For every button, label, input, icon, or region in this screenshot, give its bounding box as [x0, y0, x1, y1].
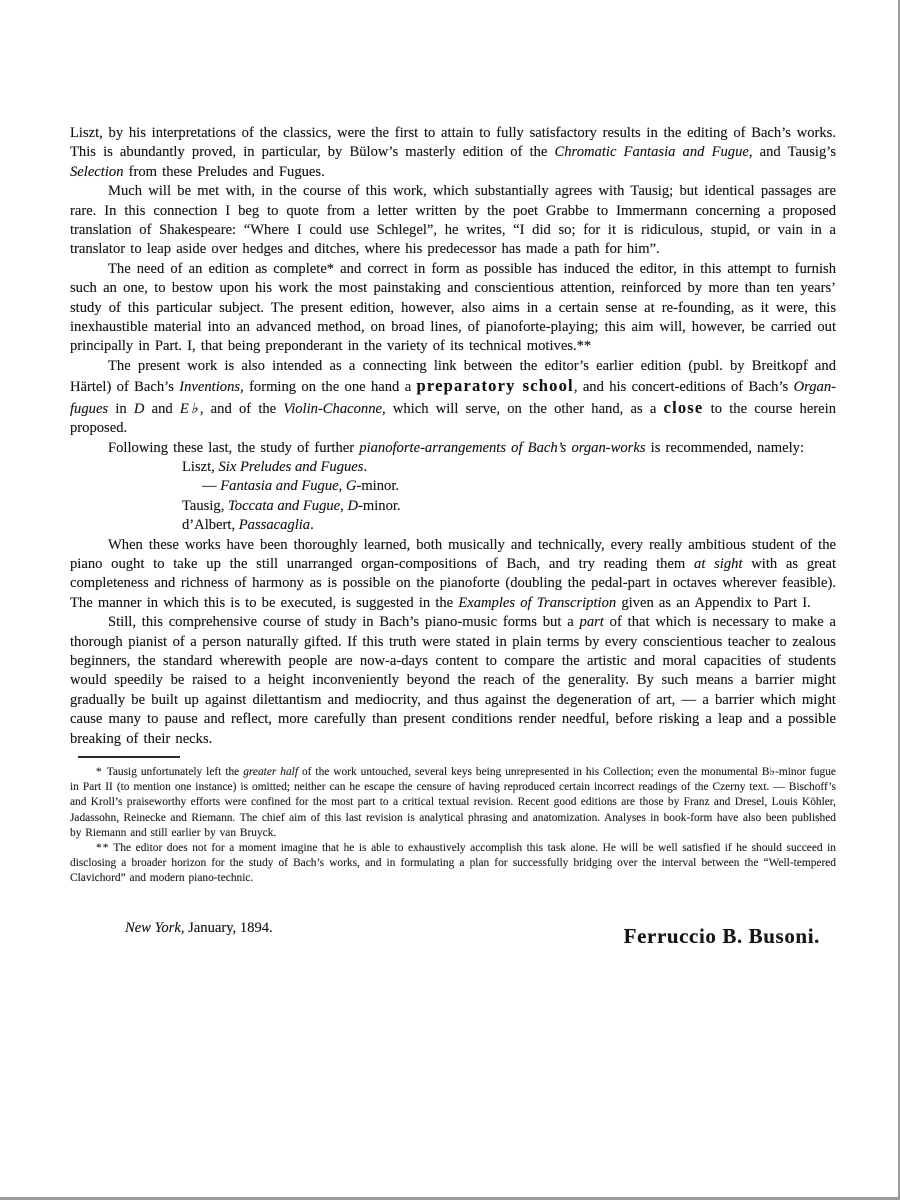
work-list-item: — Fantasia and Fugue, G-minor.: [202, 477, 836, 496]
work-list-item: Tausig, Toccata and Fugue, D-minor.: [182, 497, 836, 516]
work-list-item: d’Albert, Passacaglia.: [182, 516, 836, 535]
footnote-marker: **: [96, 842, 113, 854]
preface-paragraph: Following these last, the study of furth…: [70, 439, 836, 458]
work-list-item: Liszt, Six Preludes and Fugues.: [182, 458, 836, 477]
signature: Ferruccio B. Busoni.: [624, 924, 820, 949]
preface-paragraph: Liszt, by his interpretations of the cla…: [70, 124, 836, 182]
preface-body: Liszt, by his interpretations of the cla…: [70, 124, 836, 749]
footnote-divider-rule: [78, 756, 180, 758]
preface-paragraph: Still, this comprehensive course of stud…: [70, 613, 836, 749]
dateline: New York, January, 1894.: [125, 919, 273, 938]
footnote-marker: *: [96, 766, 107, 778]
preface-paragraph: When these works have been thoroughly le…: [70, 536, 836, 614]
page-content: Liszt, by his interpretations of the cla…: [70, 124, 836, 949]
scanned-book-page: Liszt, by his interpretations of the cla…: [0, 0, 900, 1200]
footnote: **The editor does not for a moment imagi…: [70, 841, 836, 887]
preface-paragraph: The present work is also intended as a c…: [70, 357, 836, 439]
footer-row: New York, January, 1894. Ferruccio B. Bu…: [70, 919, 836, 949]
preface-paragraph: Much will be met with, in the course of …: [70, 182, 836, 260]
footnotes-section: *Tausig unfortunately left the greater h…: [70, 765, 836, 887]
preface-paragraph: The need of an edition as complete* and …: [70, 260, 836, 357]
footnote: *Tausig unfortunately left the greater h…: [70, 765, 836, 841]
